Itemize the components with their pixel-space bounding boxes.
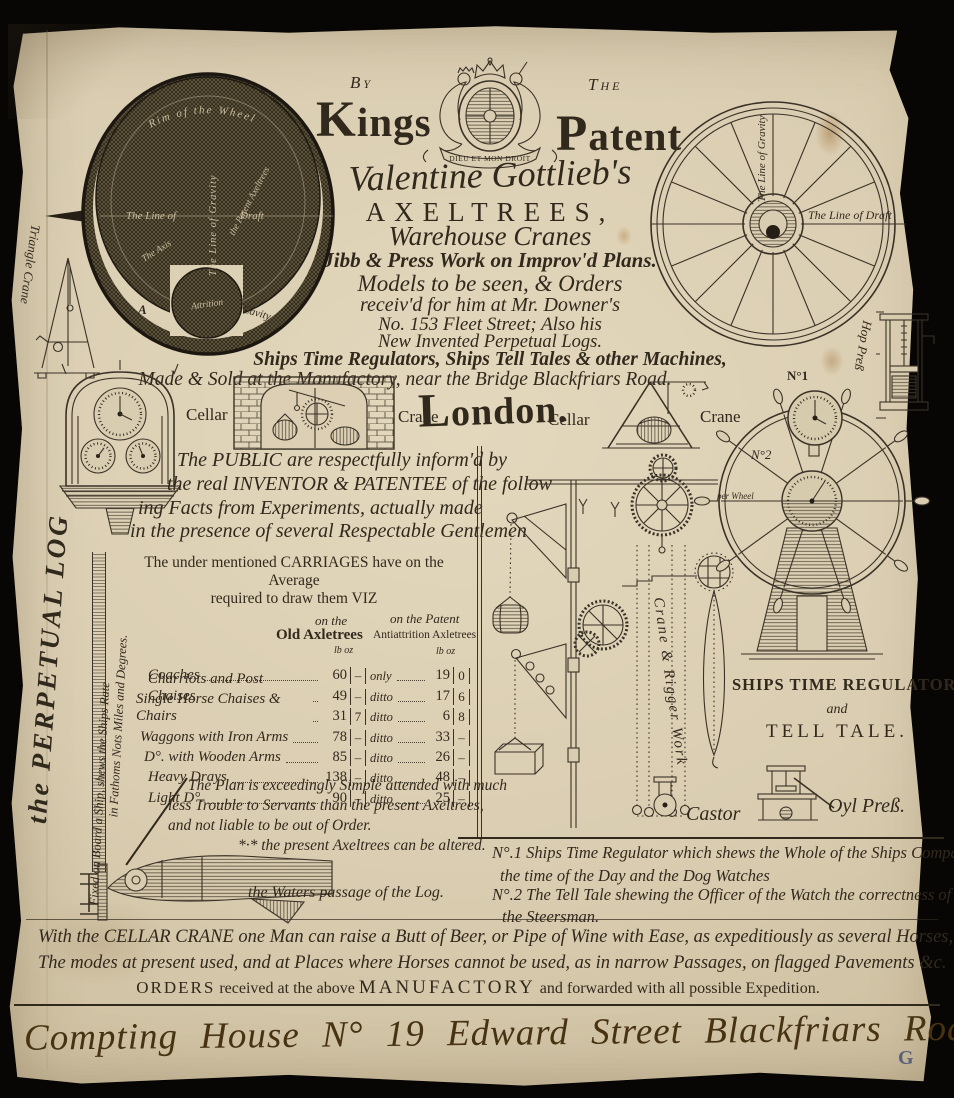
dotted-leader [286, 762, 318, 763]
telltale-title: TELL TALE. [732, 722, 942, 743]
row-old-oz: 7 [351, 709, 366, 725]
orders-line: ORDERS received at the above MANUFACTORY… [38, 978, 918, 999]
row-old-oz: – [351, 689, 366, 705]
row-mid: ditto [370, 690, 393, 705]
crane-rigger-diagram: Crane & Rigger Work [486, 450, 736, 836]
table-row: Single Horse Chaises & Chairs 31 7 ditto… [118, 705, 470, 725]
engraving-page: By The Kings Patent DIEU ET MON DROIT Va… [0, 18, 954, 1098]
dotted-leader [398, 762, 425, 763]
note-no2-line2: the Steersman. [502, 908, 599, 926]
notice-line-3: ing Facts from Experiments, actually mad… [138, 498, 483, 520]
dotted-leader [398, 701, 425, 702]
mid-rule [26, 919, 938, 920]
row-name: Single Horse Chaises & Chairs [136, 691, 308, 725]
col-old-header: Old Axletrees [276, 627, 363, 643]
left-wheel-a-label: A [137, 302, 147, 317]
oyl-press-label: Oyl Preß. [828, 796, 905, 818]
table-title-1: The under mentioned CARRIAGES have on th… [118, 554, 470, 590]
note-no1-line1: N°.1 Ships Time Regulator which shews th… [492, 844, 954, 862]
left-wheel-draft-label-l: The Line of [126, 210, 178, 222]
note-no2-line1: N°.2 The Tell Tale shewing the Officer o… [492, 886, 951, 904]
row-new-lb: 6 [428, 708, 454, 725]
row-old-lb: 49 [321, 688, 351, 705]
plan-note-line-3: and not liable to be out of Order. [168, 818, 372, 835]
dotted-leader [398, 742, 425, 743]
row-new-lb: 26 [428, 749, 454, 766]
row-name: Waggons with Iron Arms [140, 729, 288, 746]
row-new-lb: 33 [428, 729, 454, 746]
table-row: D°. with Wooden Arms 85 – ditto 26 – [118, 746, 470, 766]
right-wheel-gravity-label: The Line of Gravity [756, 115, 768, 202]
bottom-para-2: The modes at present used, and at Places… [38, 954, 918, 974]
row-old-oz: – [351, 668, 366, 684]
aframe-cellar-crane-icon [592, 374, 710, 452]
row-new-oz: 6 [454, 689, 470, 705]
regulator-no1-label: N°1 [787, 368, 808, 383]
bottom-rule [14, 1004, 940, 1006]
regulator-title: SHIPS TIME REGULATOR [732, 676, 942, 694]
header-by: By [350, 74, 373, 92]
pencil-mark: G [898, 1048, 914, 1070]
carriage-table: The under mentioned CARRIAGES have on th… [118, 554, 470, 807]
note-no1-line2: the time of the Day and the Dog Watches [500, 867, 770, 885]
row-old-lb: 60 [321, 667, 351, 684]
row-old-lb: 31 [321, 708, 351, 725]
manufactory-word: MANUFACTORY [359, 977, 536, 998]
bottom-para-1: With the CELLAR CRANE one Man can raise … [38, 928, 918, 948]
left-wheel-draft-label-r: Draft [239, 210, 265, 222]
orders-word: ORDERS [136, 978, 215, 997]
dotted-leader [293, 742, 318, 743]
plan-note-line-1: The Plan is exceedingly Simple attended … [188, 778, 507, 795]
row-new-lb: 17 [428, 688, 454, 705]
row-new-oz: – [454, 730, 470, 746]
row-mid: ditto [370, 710, 393, 725]
table-title-2: required to draw them VIZ [118, 590, 470, 608]
oyl-press-icon [750, 758, 838, 824]
row-new-oz: 0 [454, 668, 470, 684]
left-wheel-gravity-label: The Line of Gravity [208, 174, 219, 276]
ship-wheel-diagram: N°1 N°2 per Wheel [715, 366, 950, 666]
panel-bottom-rule [458, 837, 944, 839]
dotted-leader [397, 680, 425, 681]
row-old-oz: – [351, 730, 366, 746]
row-name: D°. with Wooden Arms [144, 749, 281, 766]
regulator-wheel-note: per Wheel [716, 491, 754, 501]
col-new-header: Antiattrition Axletrees [373, 629, 476, 641]
cellar-label-left: Cellar [186, 406, 228, 424]
notice-line-4: in the presence of several Respectable G… [130, 521, 527, 543]
castor-icon [648, 774, 684, 820]
header-the: The [588, 76, 622, 94]
dotted-leader [398, 721, 425, 722]
regulator-no2-label: N°2 [750, 447, 772, 462]
right-wheel-draft-label: The Line of Draft [808, 208, 892, 222]
orders-mid: received at the above [219, 980, 354, 997]
table-row: Waggons with Iron Arms 78 – ditto 33 – [118, 725, 470, 745]
log-caption: the Waters passage of the Log. [248, 884, 444, 901]
row-mid: ditto [370, 731, 393, 746]
castor-label: Castor [686, 804, 740, 826]
col-new-pre: on the Patent [390, 612, 459, 626]
orders-end: and forwarded with all possible Expediti… [540, 980, 820, 997]
row-old-lb: 78 [321, 729, 351, 746]
london-title: London. [417, 381, 569, 438]
cellar-label-right: Cellar [548, 411, 590, 429]
row-mid: only [370, 669, 392, 684]
regulator-and: and [732, 702, 942, 717]
notice-line-1: The PUBLIC are respectfully inform'd by [177, 450, 507, 472]
row-new-oz: 8 [454, 709, 470, 725]
crane-rigger-label: Crane & Rigger Work [650, 596, 690, 767]
dotted-leader [313, 721, 318, 722]
plan-note-line-2: less Trouble to Servants than the presen… [168, 798, 484, 815]
row-old-lb: 85 [321, 749, 351, 766]
panel-border [477, 446, 482, 839]
row-new-lb: 19 [428, 667, 454, 684]
brick-cellar-crane-icon [233, 376, 395, 450]
col-old-pre: on the [315, 614, 347, 628]
row-old-oz: – [351, 750, 366, 766]
col-new-unit: lb oz [436, 647, 455, 658]
row-new-oz: – [454, 750, 470, 766]
row-mid: ditto [370, 751, 393, 766]
col-old-unit: lb oz [334, 646, 353, 657]
